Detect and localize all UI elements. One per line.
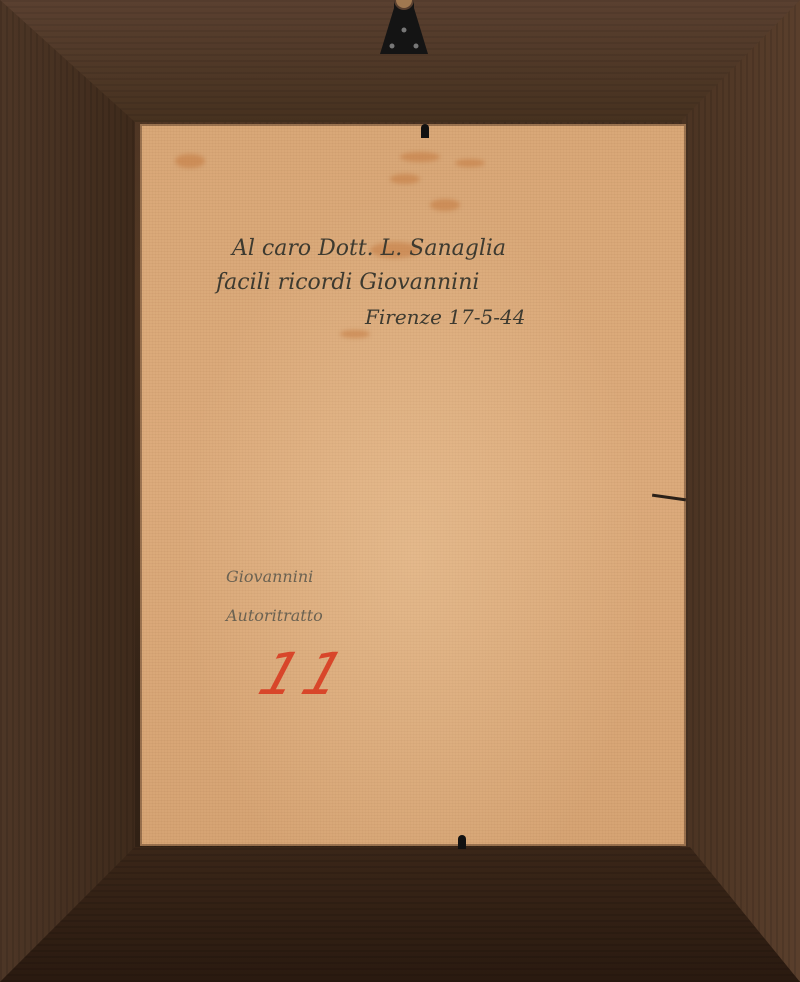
frame-left-rail xyxy=(0,0,140,982)
photo-scene: Al caro Dott. L. Sanaglia facili ricordi… xyxy=(0,0,800,982)
inscription-line-1: Al caro Dott. L. Sanaglia xyxy=(232,236,506,261)
frame-clip-bottom xyxy=(458,835,466,849)
frame-clip-top xyxy=(421,124,429,138)
artwork-title: Autoritratto xyxy=(226,606,323,625)
hanging-ring-icon xyxy=(376,0,432,56)
frame-right-rail xyxy=(680,0,800,982)
inscription-line-3: Firenze 17-5-44 xyxy=(365,305,525,329)
inscription-line-2: facili ricordi Giovannini xyxy=(216,270,479,295)
artist-name: Giovannini xyxy=(226,567,313,586)
frame-bottom-rail xyxy=(0,847,800,982)
backing-panel xyxy=(140,124,686,846)
